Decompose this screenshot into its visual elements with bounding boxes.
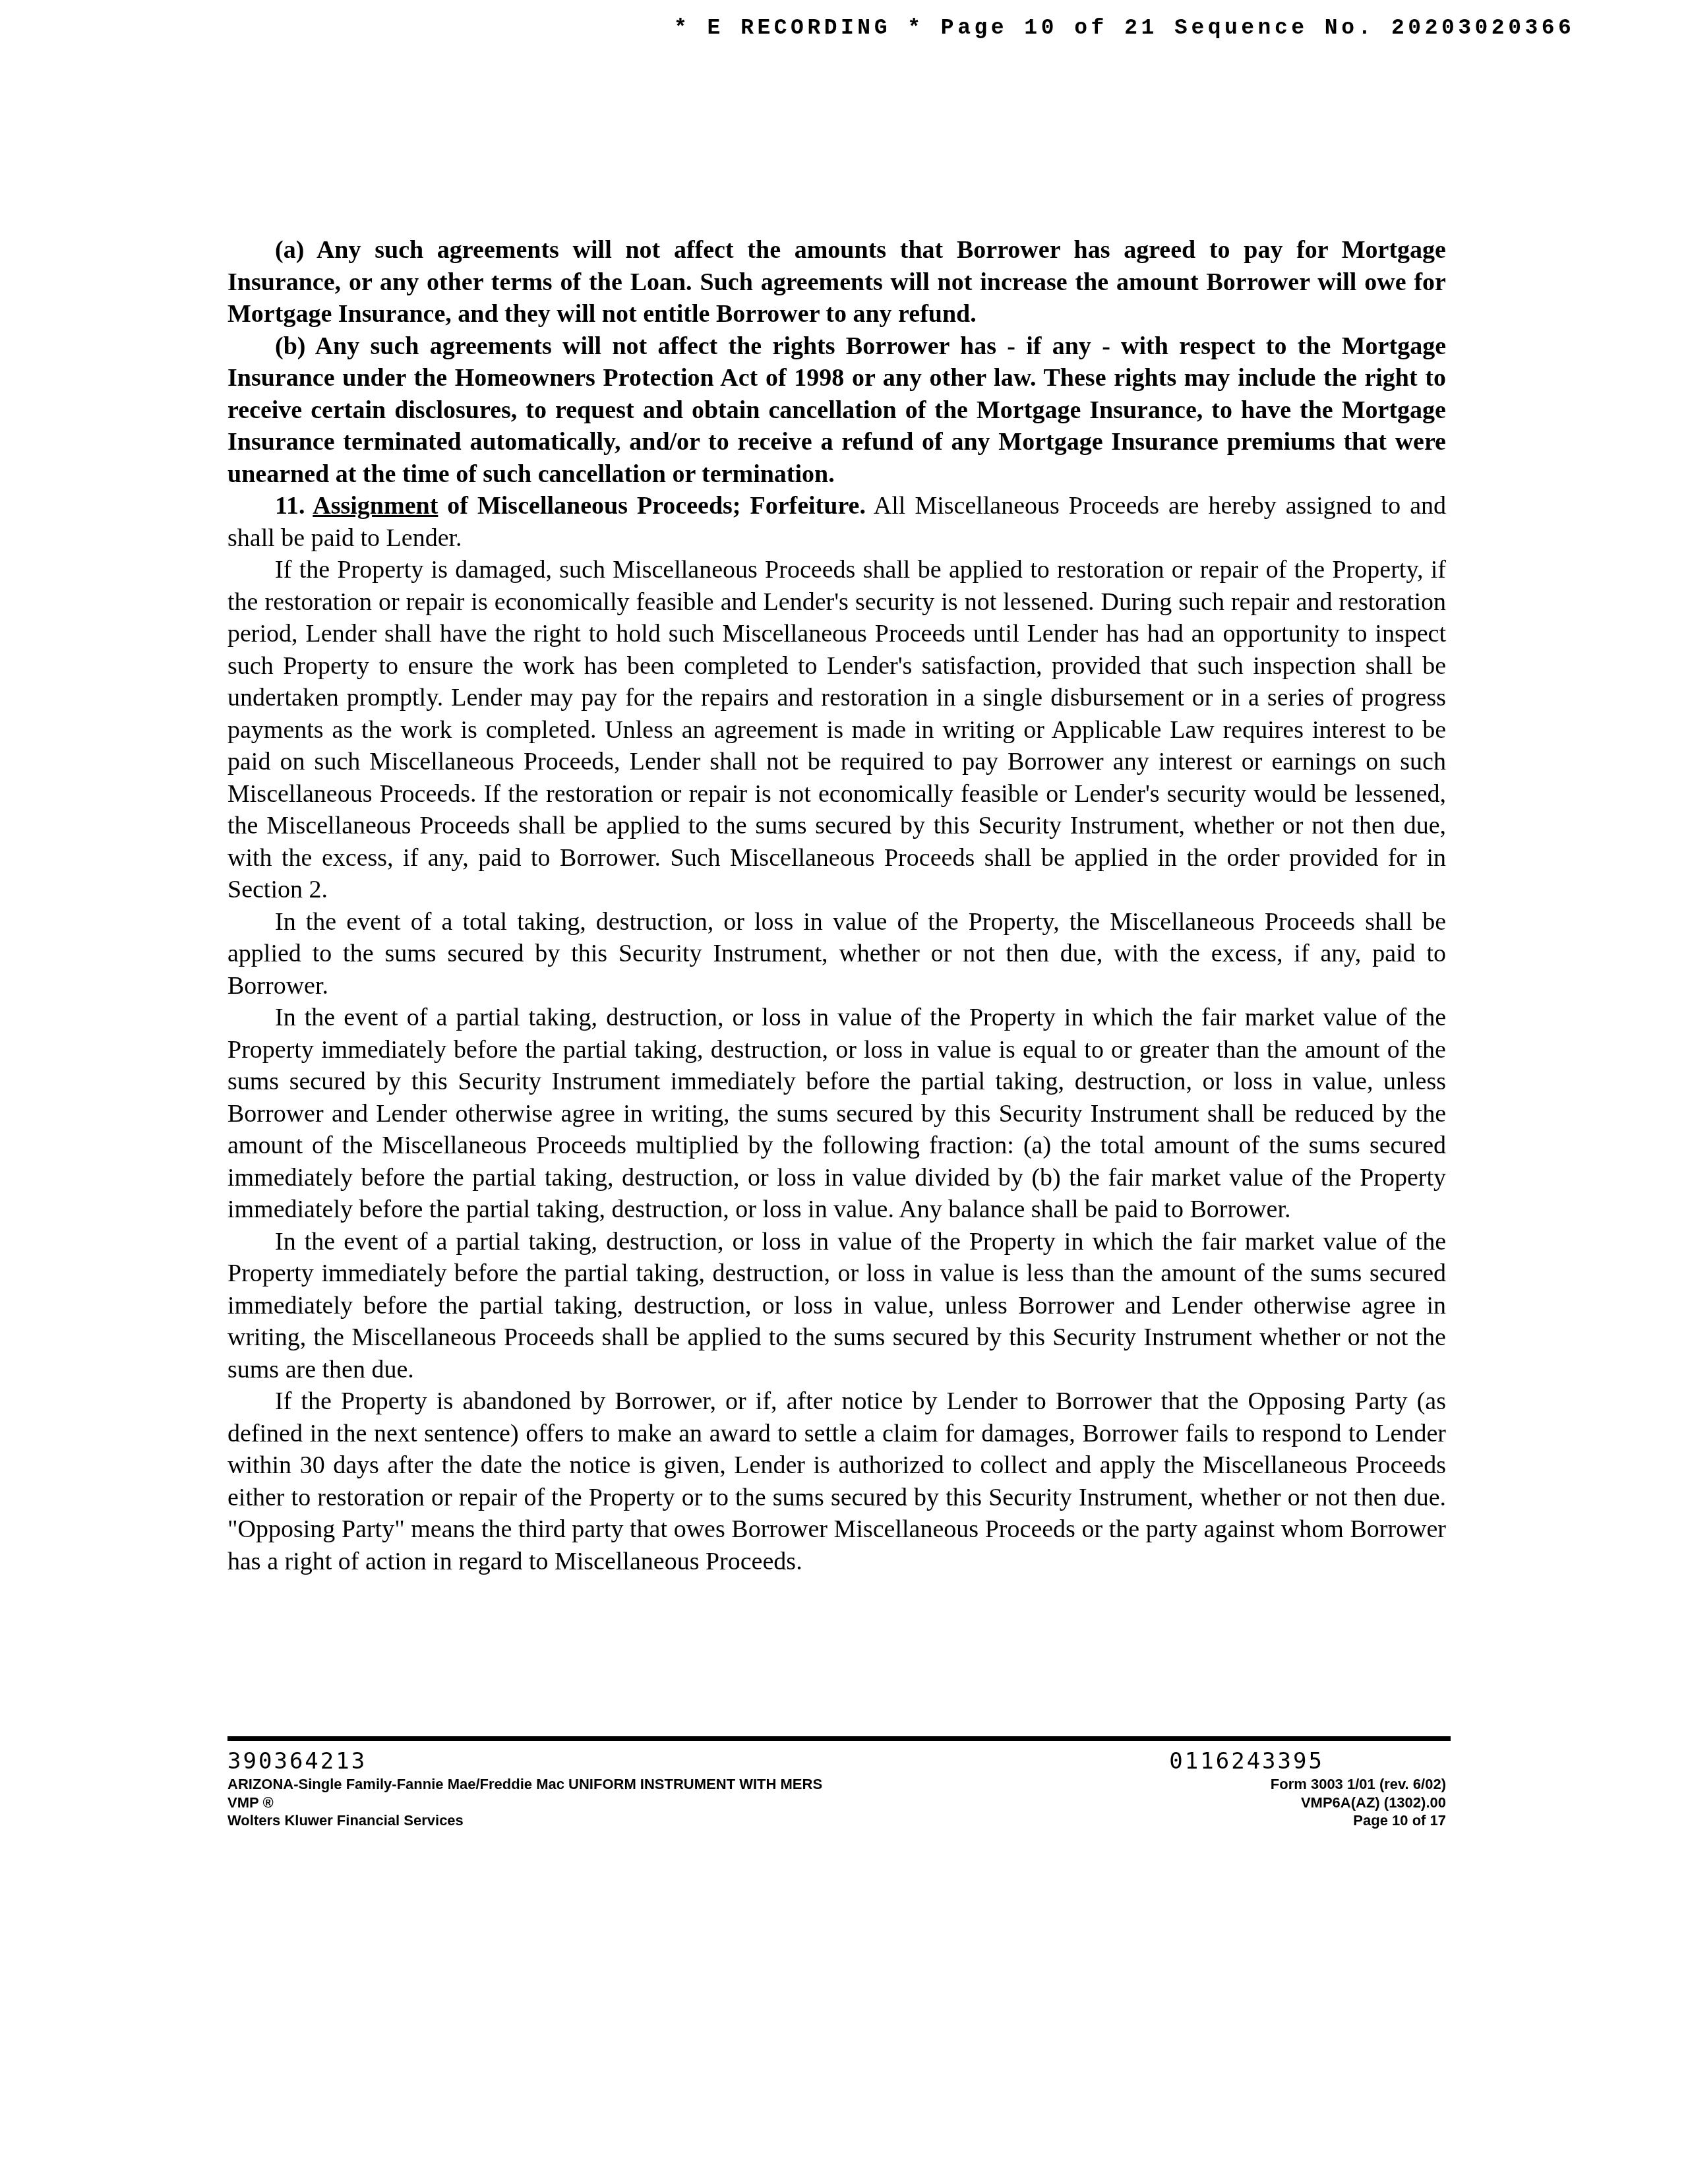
form-reference-number: 0116243395: [227, 1747, 1324, 1775]
footer-divider: [227, 1736, 1451, 1741]
page-indicator: Page 10 of 17: [227, 1811, 1446, 1830]
footer-right-block: 0116243395 Form 3003 1/01 (rev. 6/02) VM…: [227, 1747, 1446, 1830]
paragraph-damaged-property: If the Property is damaged, such Miscell…: [227, 554, 1446, 906]
document-body: (a) Any such agreements will not affect …: [227, 234, 1446, 1577]
section-11-title-underlined: Assignment: [313, 492, 438, 520]
paragraph-partial-taking-greater: In the event of a partial taking, destru…: [227, 1002, 1446, 1226]
section-11-title-rest: of Miscellaneous Proceeds; Forfeiture.: [438, 492, 866, 520]
paragraph-b: (b) Any such agreements will not affect …: [227, 330, 1446, 491]
paragraph-a: (a) Any such agreements will not affect …: [227, 234, 1446, 330]
paragraph-partial-taking-less: In the event of a partial taking, destru…: [227, 1226, 1446, 1386]
paragraph-section-11: 11. Assignment of Miscellaneous Proceeds…: [227, 490, 1446, 554]
paragraph-abandoned-property: If the Property is abandoned by Borrower…: [227, 1385, 1446, 1577]
section-11-number: 11.: [275, 492, 313, 520]
vmp-code: VMP6A(AZ) (1302).00: [227, 1794, 1446, 1812]
form-number: Form 3003 1/01 (rev. 6/02): [227, 1775, 1446, 1794]
document-page: * E RECORDING * Page 10 of 21 Sequence N…: [0, 0, 1688, 2184]
recording-header: * E RECORDING * Page 10 of 21 Sequence N…: [674, 16, 1575, 40]
paragraph-total-taking: In the event of a total taking, destruct…: [227, 906, 1446, 1002]
